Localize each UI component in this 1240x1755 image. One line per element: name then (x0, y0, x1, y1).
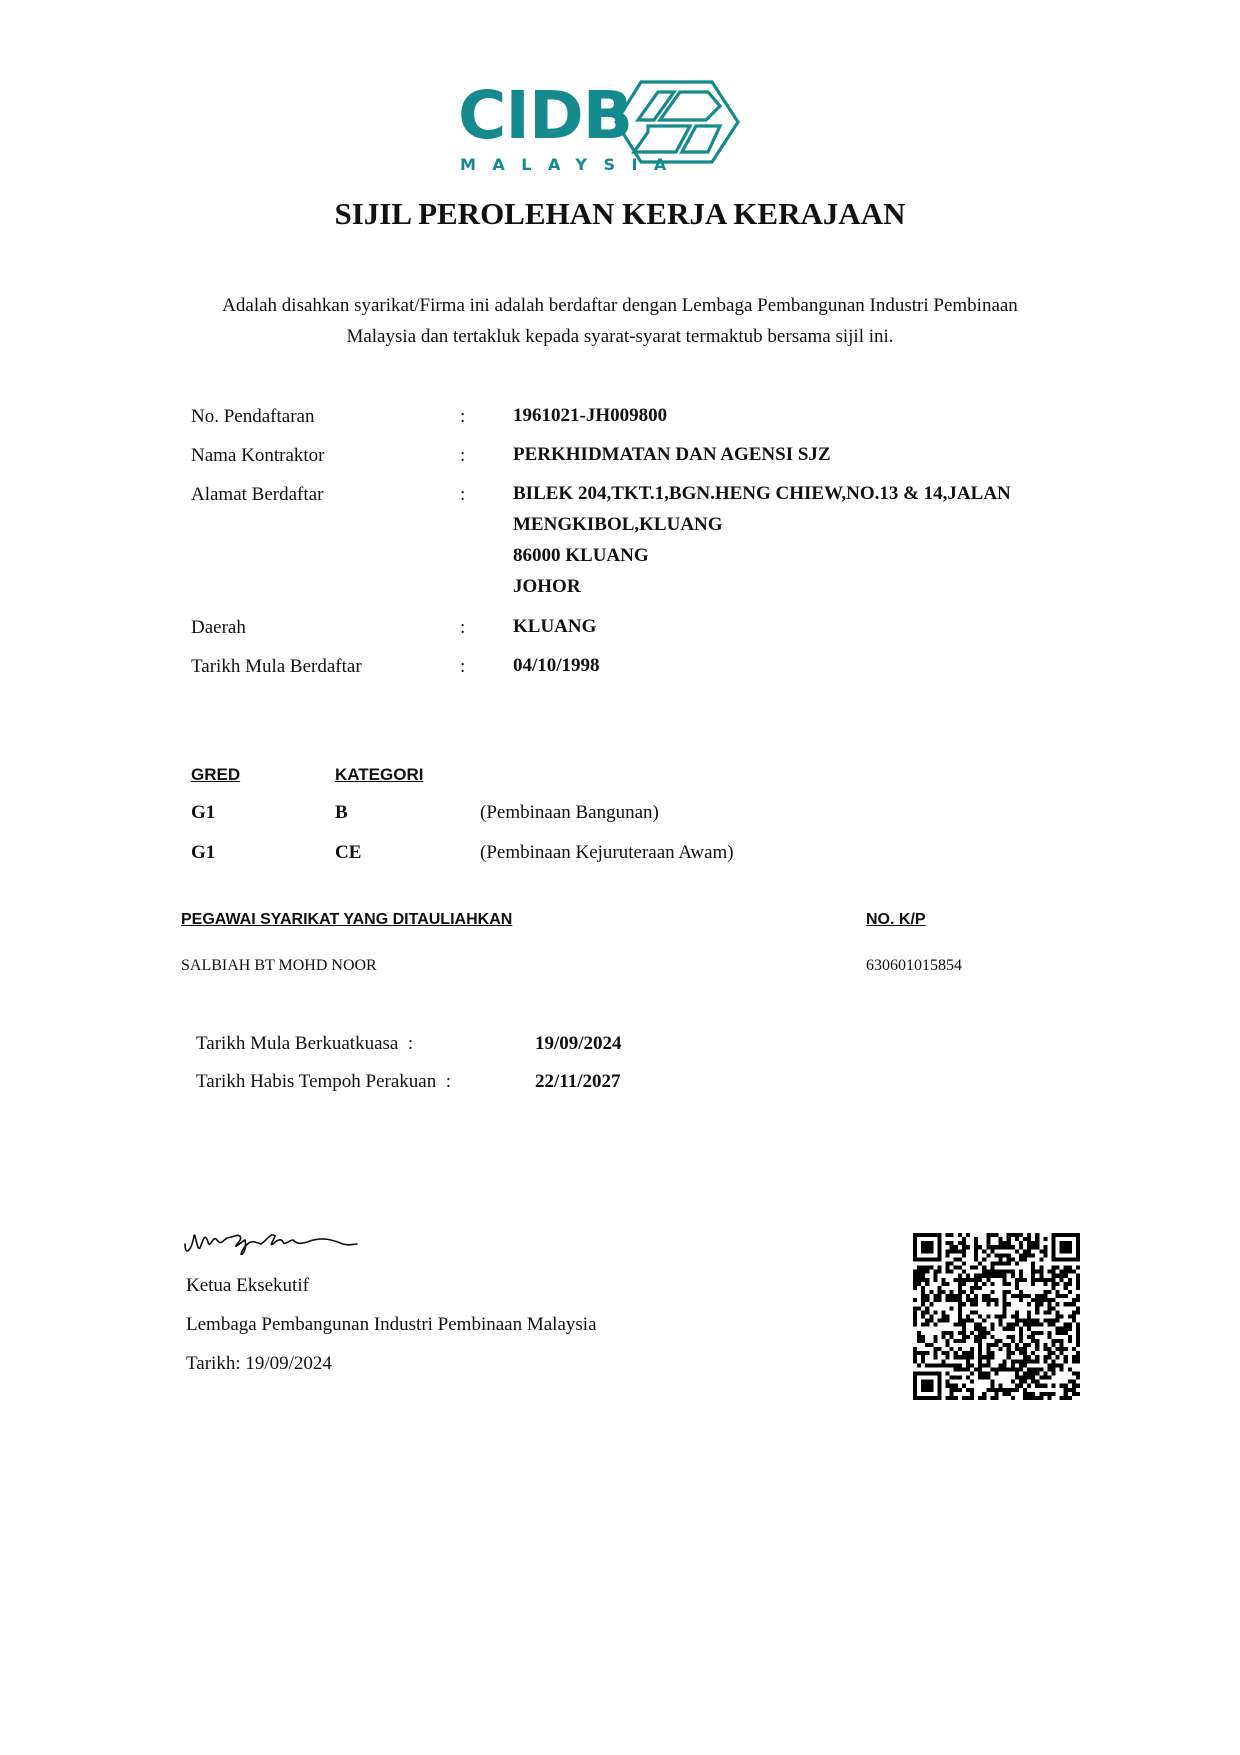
signatory-title: Ketua Eksekutif (186, 1275, 309, 1297)
qr-code-icon (913, 1233, 1080, 1400)
logo-wordmark: CIDB (458, 77, 632, 154)
cidb-logo: CIDB MALAYSIA (458, 76, 778, 176)
detail-value-registration-date: 04/10/1998 (513, 650, 600, 681)
detail-label-registration-no: No. Pendaftaran (191, 406, 314, 428)
start-date-label: Tarikh Mula Berkuatkuasa : (196, 1033, 413, 1055)
intro-line-2: Malaysia dan tertakluk kepada syarat-sya… (0, 326, 1240, 348)
detail-value-address: BILEK 204,TKT.1,BGN.HENG CHIEW,NO.13 & 1… (513, 478, 1011, 602)
grade-header: GRED (191, 765, 240, 785)
detail-value-registration-no: 1961021-JH009800 (513, 400, 667, 431)
detail-label-registration-date: Tarikh Mula Berdaftar (191, 656, 362, 678)
detail-label-contractor-name: Nama Kontraktor (191, 445, 324, 467)
detail-value-district: KLUANG (513, 611, 596, 642)
detail-separator: : (460, 484, 465, 506)
logo-subtitle: MALAYSIA (460, 155, 683, 174)
signatory-organization: Lembaga Pembangunan Industri Pembinaan M… (186, 1314, 597, 1336)
officer-id: 630601015854 (866, 957, 962, 975)
certificate-title: SIJIL PEROLEHAN KERJA KERAJAAN (0, 196, 1240, 232)
signature-icon (183, 1222, 393, 1262)
category-description: (Pembinaan Bangunan) (480, 802, 659, 824)
detail-separator: : (460, 656, 465, 678)
cidb-hexagon-logo-icon (616, 82, 738, 162)
officer-id-header: NO. K/P (866, 911, 926, 929)
detail-separator: : (460, 445, 465, 467)
intro-line-1: Adalah disahkan syarikat/Firma ini adala… (0, 295, 1240, 317)
category-cell: B (335, 802, 348, 824)
expiry-date-label: Tarikh Habis Tempoh Perakuan : (196, 1071, 451, 1093)
detail-separator: : (460, 617, 465, 639)
category-cell: CE (335, 842, 361, 864)
grade-cell: G1 (191, 802, 215, 824)
category-header: KATEGORI (335, 765, 423, 785)
signature-date: Tarikh: 19/09/2024 (186, 1353, 332, 1375)
detail-label-address: Alamat Berdaftar (191, 484, 323, 506)
expiry-date-value: 22/11/2027 (535, 1071, 621, 1093)
start-date-value: 19/09/2024 (535, 1033, 622, 1055)
detail-label-district: Daerah (191, 617, 246, 639)
detail-value-contractor-name: PERKHIDMATAN DAN AGENSI SJZ (513, 439, 831, 470)
grade-cell: G1 (191, 842, 215, 864)
officer-name: SALBIAH BT MOHD NOOR (181, 957, 377, 975)
detail-separator: : (460, 406, 465, 428)
officer-name-header: PEGAWAI SYARIKAT YANG DITAULIAHKAN (181, 911, 512, 929)
category-description: (Pembinaan Kejuruteraan Awam) (480, 842, 734, 864)
